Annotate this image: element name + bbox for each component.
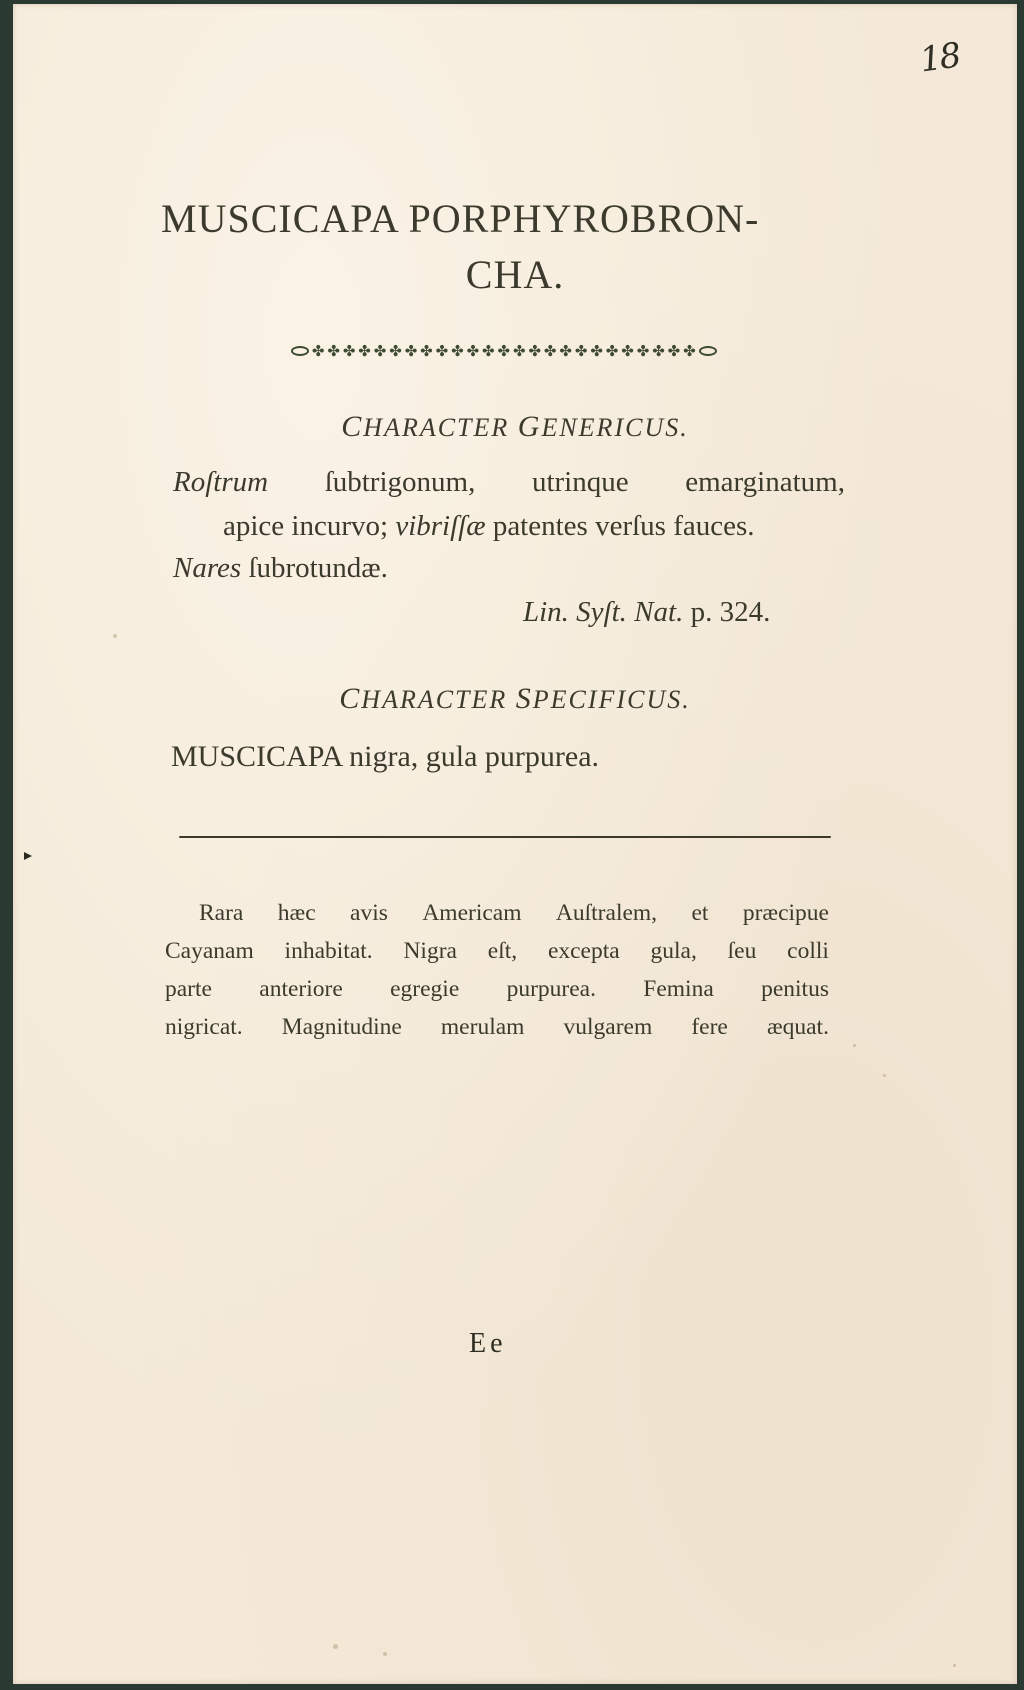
folio-number: 18	[917, 35, 961, 80]
fleuron-icon: ✤	[544, 344, 557, 359]
description-line: Cayanaminhabitat.Nigraeſt,exceptagula,ſe…	[165, 932, 829, 970]
heading-word: HARACTER	[361, 685, 507, 714]
fleuron-icon: ✤	[374, 344, 387, 359]
word: parte	[165, 970, 212, 1008]
species-title-line2: CHA.	[13, 252, 1017, 298]
word: merulam	[441, 1008, 525, 1046]
character-specificus-heading: CHARACTER SPECIFICUS.	[13, 682, 1017, 716]
word: Cayanam	[165, 932, 254, 970]
word: utrinque	[532, 466, 629, 499]
paper-speck	[953, 1664, 956, 1667]
word: emarginatum,	[685, 466, 845, 499]
word: æquat.	[767, 1008, 829, 1046]
fleuron-icon: ✤	[451, 344, 464, 359]
word: Auſtralem,	[556, 894, 657, 932]
word: Americam	[422, 894, 521, 932]
heading-word: PECIFICUS.	[533, 685, 691, 714]
horizontal-rule-divider	[179, 836, 831, 838]
fleuron-icon: ✤	[312, 344, 325, 359]
paper-speck	[113, 634, 117, 638]
fleuron-icon: ✤	[389, 344, 402, 359]
fleuron-icon: ✤	[637, 344, 650, 359]
word: Nigra	[403, 932, 457, 970]
paper-speck	[333, 1644, 338, 1649]
fleuron-icon: ✤	[467, 344, 480, 359]
word: nigricat.	[165, 1008, 243, 1046]
fleuron-icon: ✤	[482, 344, 495, 359]
word: colli	[787, 932, 829, 970]
generic-line-2: apice incurvo; vibriſſæ patentes verſus …	[223, 510, 755, 543]
fleuron-icon: ✤	[652, 344, 665, 359]
word: Femina	[643, 970, 714, 1008]
description-line: RarahæcavisAmericamAuſtralem,etpræcipue	[165, 894, 829, 932]
term-vibrissae: vibriſſæ	[395, 510, 485, 542]
species-title-line1: MUSCICAPA PORPHYROBRON-	[161, 196, 851, 242]
word: eſt,	[488, 932, 517, 970]
fleuron-icon: ✤	[358, 344, 371, 359]
linnaeus-reference: Lin. Syſt. Nat. p. 324.	[523, 596, 770, 629]
word: gula,	[651, 932, 697, 970]
fleuron-icon: ✤	[343, 344, 356, 359]
paper-speck	[883, 1074, 886, 1077]
ornament-end-left-icon	[291, 346, 309, 356]
paper-speck	[383, 1652, 387, 1656]
fleuron-icon: ✤	[420, 344, 433, 359]
word: Magnitudine	[282, 1008, 402, 1046]
term-nares: Nares	[173, 552, 241, 584]
fleuron-icon: ✤	[528, 344, 541, 359]
description-line: nigricat.Magnitudinemerulamvulgaremfereæ…	[165, 1008, 829, 1046]
heading-initial: C	[339, 682, 361, 715]
generic-line-1: Roſtrum ſubtrigonum, utrinque emarginatu…	[173, 466, 845, 499]
fleuron-ornament-rule: ✤✤✤✤✤✤✤✤✤✤✤✤✤✤✤✤✤✤✤✤✤✤✤✤✤	[291, 340, 717, 362]
heading-word: HARACTER	[363, 413, 509, 442]
fleuron-icon: ✤	[683, 344, 696, 359]
word: fere	[691, 1008, 728, 1046]
word: et	[691, 894, 708, 932]
signature-mark: Ee	[469, 1328, 507, 1360]
word: egregie	[390, 970, 459, 1008]
word: ſubtrigonum,	[325, 466, 476, 499]
document-page: 18 MUSCICAPA PORPHYROBRON- CHA. ✤✤✤✤✤✤✤✤…	[13, 4, 1017, 1684]
heading-initial: G	[518, 410, 542, 443]
word: hæc	[278, 894, 316, 932]
fleuron-icon: ✤	[436, 344, 449, 359]
word: avis	[350, 894, 388, 932]
word: ſeu	[728, 932, 757, 970]
term-rostrum: Roſtrum	[173, 466, 268, 499]
word: præcipue	[743, 894, 829, 932]
word: excepta	[548, 932, 620, 970]
heading-word: ENERICUS.	[541, 413, 688, 442]
text-run: patentes verſus fauces.	[486, 510, 755, 542]
fleuron-icon: ✤	[327, 344, 340, 359]
reference-page: p. 324.	[683, 596, 770, 628]
margin-pointer-mark-icon	[24, 852, 32, 860]
reference-source: Lin. Syſt. Nat.	[523, 596, 683, 628]
heading-initial: C	[341, 410, 363, 443]
fleuron-icon: ✤	[498, 344, 511, 359]
generic-line-3: Nares ſubrotundæ.	[173, 552, 388, 585]
ornament-end-right-icon	[699, 346, 717, 356]
text-run: apice incurvo;	[223, 510, 395, 542]
fleuron-icon: ✤	[575, 344, 588, 359]
word: Rara	[199, 894, 243, 932]
fleuron-icon: ✤	[621, 344, 634, 359]
character-genericus-heading: CHARACTER GENERICUS.	[13, 410, 1017, 444]
word: inhabitat.	[285, 932, 373, 970]
fleuron-icon: ✤	[668, 344, 681, 359]
description-line: parteanterioreegregiepurpurea.Feminapeni…	[165, 970, 829, 1008]
fleuron-icon: ✤	[559, 344, 572, 359]
fleuron-icon: ✤	[405, 344, 418, 359]
word: purpurea.	[507, 970, 596, 1008]
specific-description: MUSCICAPA nigra, gula purpurea.	[171, 740, 599, 774]
word: anteriore	[259, 970, 343, 1008]
word: vulgarem	[564, 1008, 653, 1046]
paper-speck	[853, 1044, 856, 1047]
fleuron-icon: ✤	[513, 344, 526, 359]
text-run: ſubrotundæ.	[241, 552, 388, 584]
heading-initial: S	[516, 682, 533, 715]
description-paragraph: RarahæcavisAmericamAuſtralem,etpræcipueC…	[165, 894, 829, 1046]
word: penitus	[761, 970, 829, 1008]
fleuron-icon: ✤	[590, 344, 603, 359]
fleuron-icon: ✤	[606, 344, 619, 359]
